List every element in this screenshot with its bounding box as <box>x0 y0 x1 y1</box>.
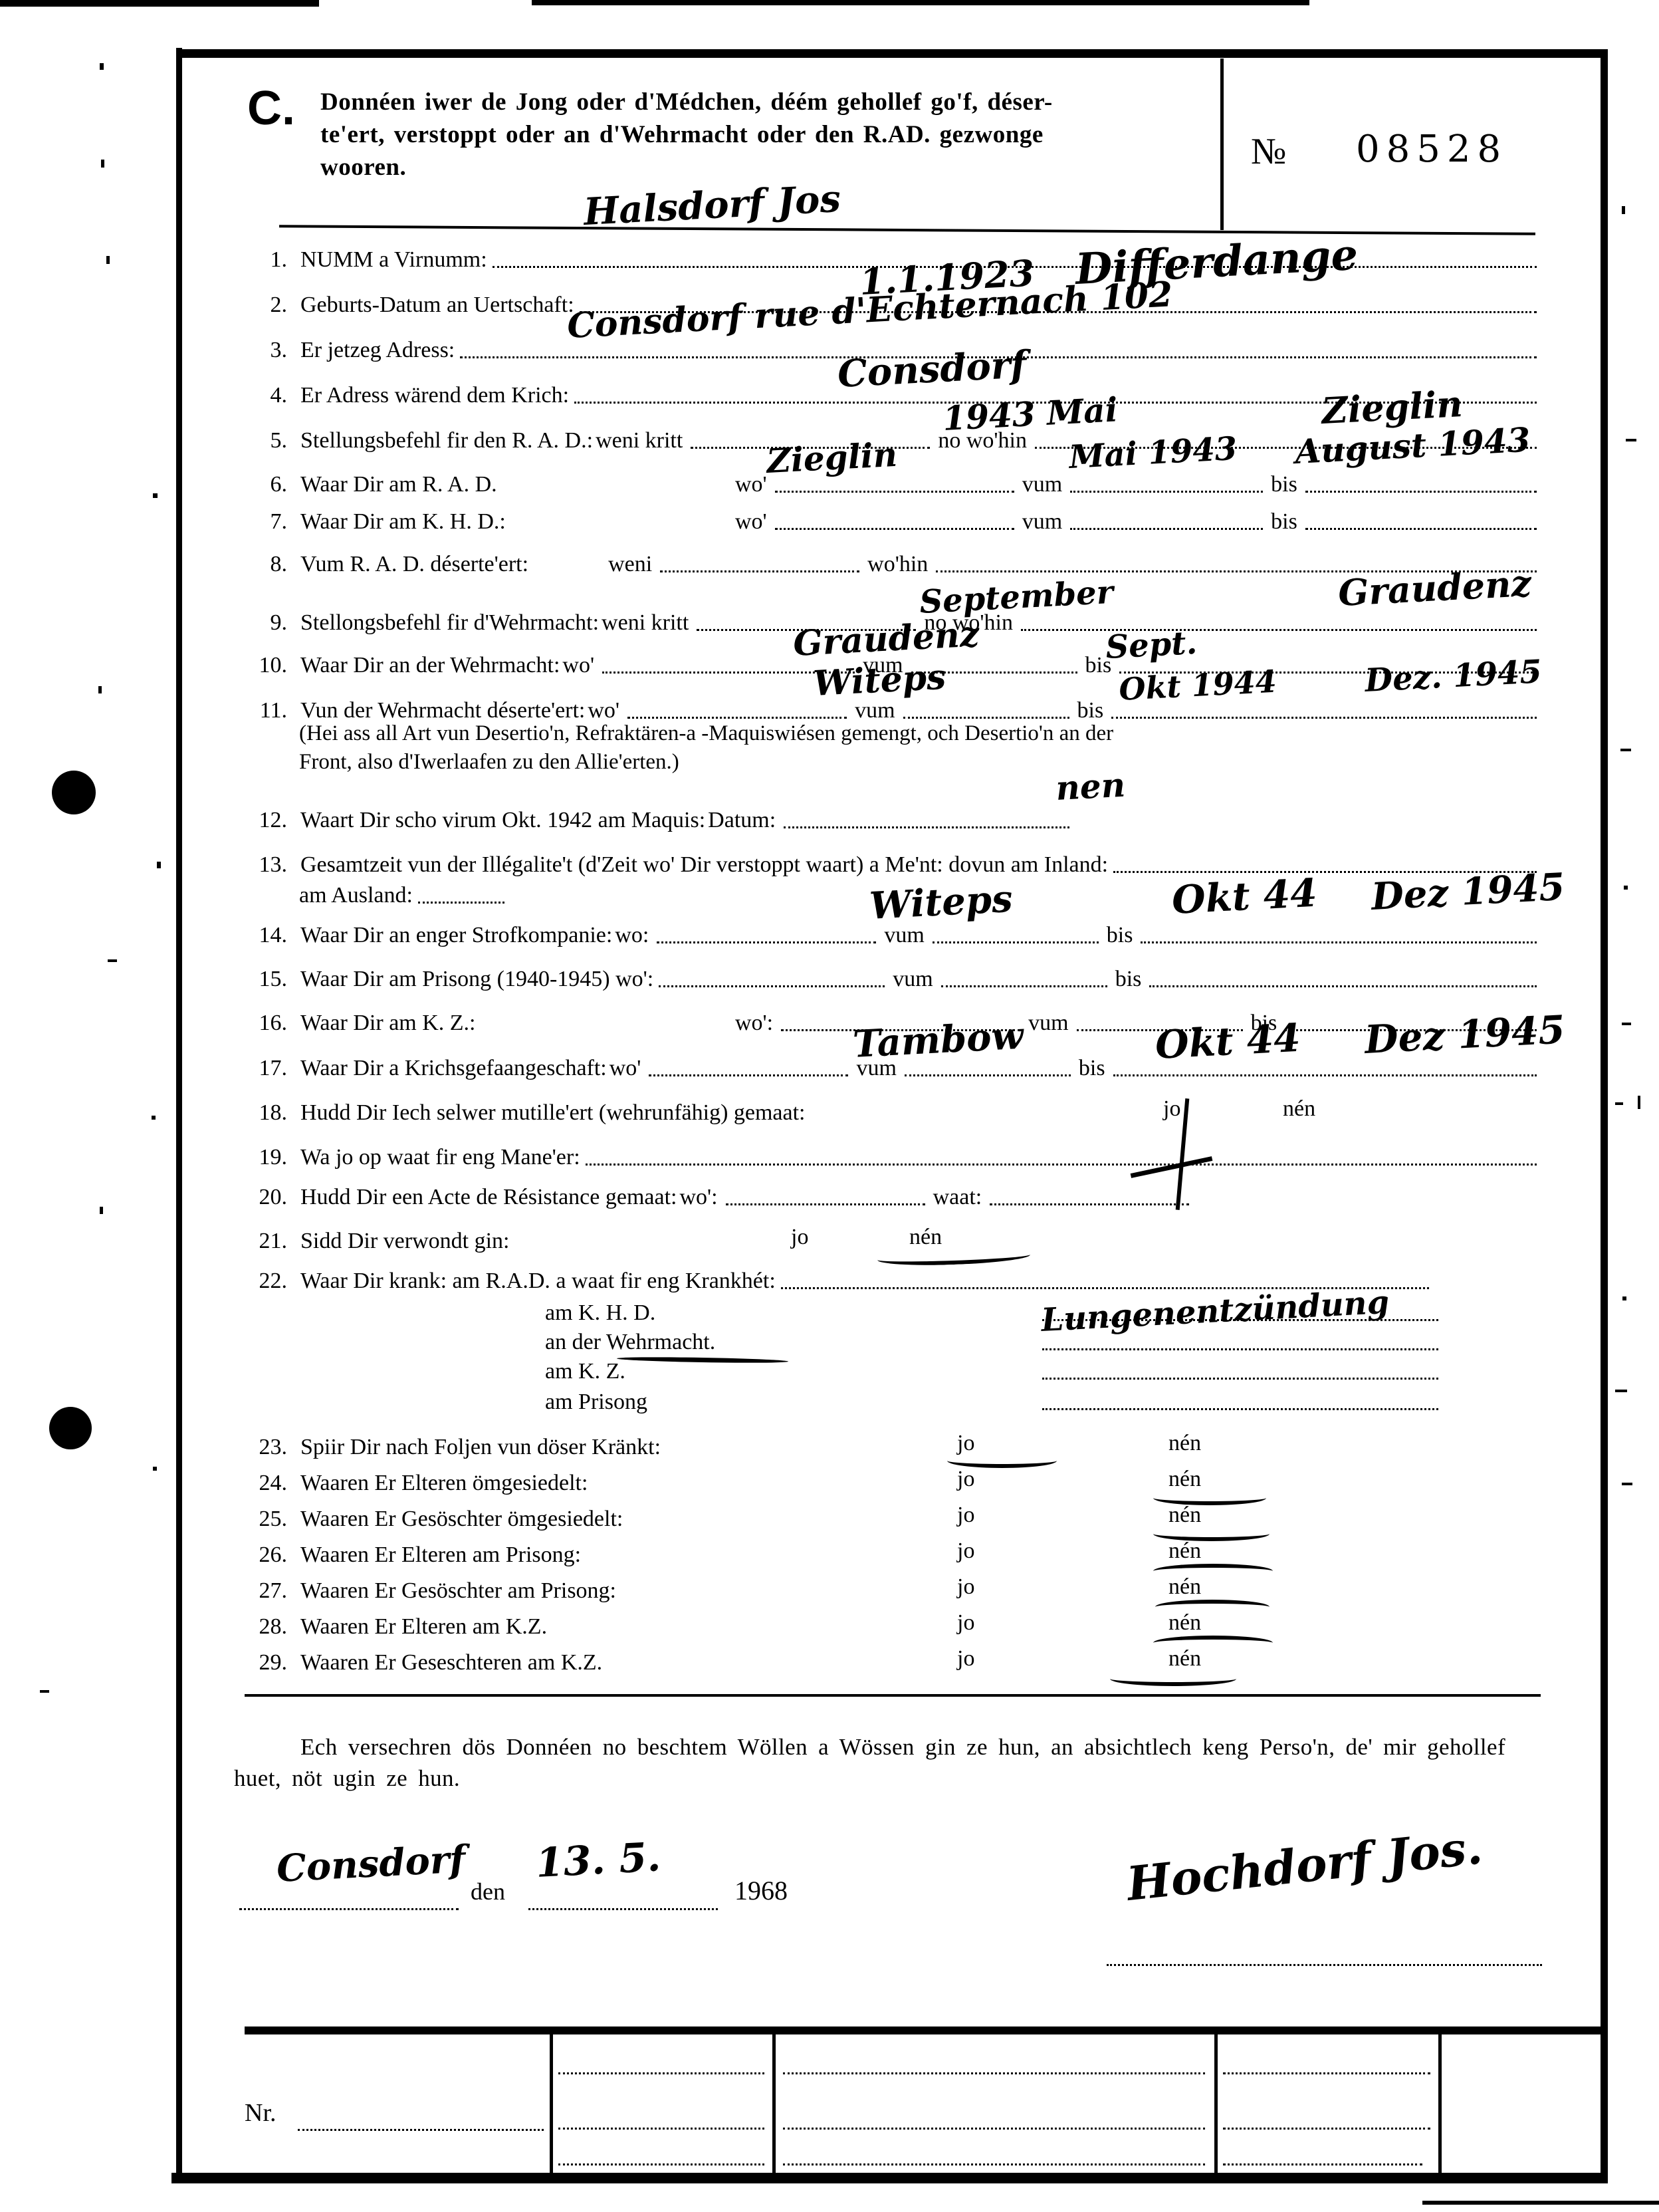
dotted-field <box>941 984 1107 987</box>
row-label-part-underlined: Wehrmacht. <box>606 1330 715 1354</box>
row-number: 29. <box>245 1650 287 1675</box>
row-label: Waar Dir am K. H. D.: <box>300 509 732 535</box>
row-label: Hudd Dir Iech selwer mutille'ert (wehrun… <box>300 1100 806 1126</box>
row-label: am K. H. D. <box>545 1300 1037 1326</box>
row-label: Waaren Er Geseschteren am K.Z. <box>300 1650 602 1675</box>
option-nen: nén <box>1168 1538 1201 1564</box>
form-row-26: 26. Waaren Er Elteren am Prisong: jo nén <box>245 1536 1542 1568</box>
row-number: 4. <box>245 383 287 408</box>
handwritten-place: Consdorf <box>276 1837 467 1891</box>
dotted-field <box>1070 489 1263 493</box>
scan-edge-strip <box>0 0 319 7</box>
pen-underline-jo-23 <box>947 1453 1057 1468</box>
scan-speck <box>1615 1102 1623 1105</box>
row-label: am Prisong <box>545 1390 1037 1415</box>
scanned-form-page: C. Donnéen iwer de Jong oder d'Médchen, … <box>0 0 1659 2212</box>
option-nen: nén <box>1168 1503 1201 1528</box>
table-dotted-cell <box>1223 2162 1422 2165</box>
row-number: 13. <box>245 852 287 878</box>
dotted-field <box>660 569 859 572</box>
field-word: weni <box>608 552 652 577</box>
dotted-field <box>1111 715 1537 719</box>
option-nen: nén <box>1168 1467 1201 1492</box>
scan-speck <box>1620 749 1631 751</box>
pen-overline-nen-29 <box>1153 1636 1273 1650</box>
row-number: 15. <box>245 967 287 992</box>
table-dotted-cell <box>558 2162 764 2165</box>
row-number: 26. <box>245 1542 287 1568</box>
field-word: wo': <box>679 1185 717 1210</box>
row-label: Hudd Dir een Acte de Résistance gemaat: <box>300 1185 677 1210</box>
row-number: 9. <box>245 610 287 636</box>
field-word: vum <box>893 967 933 992</box>
row-label: Waaren Er Gesöschter am Prisong: <box>300 1578 616 1604</box>
row-label: Stellungsbefehl fir den R. A. D.: <box>300 428 593 453</box>
handwritten-pow-where: Tambow <box>852 1014 1025 1066</box>
option-nen: nén <box>1283 1096 1315 1122</box>
bottom-table-bottom-line <box>171 2173 1607 2183</box>
form-row-12: 12. Waart Dir scho virum Okt. 1942 am Ma… <box>245 801 1542 833</box>
dotted-field <box>418 900 504 904</box>
row-label: Waar Dir krank: am R.A.D. a waat fir eng… <box>300 1269 776 1294</box>
row-number: 21. <box>245 1229 287 1254</box>
field-word: wo' <box>735 472 767 497</box>
table-dotted-cell <box>1223 2126 1430 2130</box>
place-dotted-field <box>239 1907 459 1910</box>
option-nen: nén <box>1168 1574 1201 1600</box>
row-label: am K. Z. <box>545 1359 1037 1384</box>
scan-speck <box>108 959 117 962</box>
scan-edge-strip <box>1422 2201 1659 2205</box>
scan-speck <box>106 256 110 264</box>
scan-speck <box>101 160 104 168</box>
scan-speck <box>1622 206 1625 214</box>
row-number: 16. <box>245 1011 287 1036</box>
dotted-field <box>1141 940 1537 943</box>
field-word: weni kritt <box>602 610 689 636</box>
dotted-field <box>905 1073 1071 1076</box>
table-dotted-cell <box>558 2126 764 2130</box>
row-label: Waar Dir an enger Strofkompanie: <box>300 923 612 948</box>
row-label: Waar Dir am Prisong (1940-1945) wo': <box>300 967 653 992</box>
row-label: Waart Dir scho virum Okt. 1942 am Maquis… <box>300 808 705 833</box>
section-letter: C. <box>247 81 295 136</box>
table-dotted-cell <box>558 2071 764 2074</box>
form-row-21: 21. Sidd Dir verwondt gin: jo nén <box>245 1222 1542 1254</box>
row-label: Vum R. A. D. déserte'ert: <box>300 552 528 577</box>
nr-dotted-field <box>298 2128 544 2131</box>
row-label: Geburts-Datum an Uertschaft: <box>300 293 574 318</box>
scan-speck <box>1615 1390 1627 1392</box>
form-title-line1: Donnéen iwer de Jong oder d'Médchen, déé… <box>320 88 1053 116</box>
handwritten-strofkompanie-from: Okt 44 <box>1170 870 1318 923</box>
field-word: bis <box>1079 1056 1105 1081</box>
dotted-field <box>775 489 1014 493</box>
field-word: bis <box>1271 509 1297 535</box>
dotted-field <box>1042 1347 1438 1350</box>
pen-swash-below-29 <box>1110 1671 1236 1686</box>
handwritten-day-month: 13. 5. <box>534 1834 661 1887</box>
row-number: 22. <box>245 1269 287 1294</box>
scan-speck <box>1622 1296 1626 1300</box>
row-label: Waar Dir am R. A. D. <box>300 472 732 497</box>
row-number: 25. <box>245 1507 287 1532</box>
hole-punch <box>52 771 96 814</box>
signature-dotted-field <box>1107 1963 1542 1966</box>
dotted-field <box>1042 1407 1438 1410</box>
dotted-field <box>627 715 847 719</box>
table-dotted-cell <box>783 2071 1205 2074</box>
option-jo: jo <box>957 1503 974 1528</box>
form-row-13-continued: am Ausland: <box>299 878 510 908</box>
row-number: 11. <box>245 698 287 723</box>
table-dotted-cell <box>783 2126 1205 2130</box>
option-nen: nén <box>1168 1610 1201 1636</box>
scan-speck <box>100 63 104 70</box>
dotted-field <box>657 940 876 943</box>
pen-underline-nen-25 <box>1153 1527 1270 1541</box>
row-number: 28. <box>245 1614 287 1640</box>
row-number: 19. <box>245 1145 287 1170</box>
date-year: 1968 <box>734 1875 788 1906</box>
row-label: NUMM a Virnumm: <box>300 247 487 273</box>
field-word: bis <box>1107 923 1133 948</box>
dotted-field <box>659 984 885 987</box>
field-word: bis <box>1115 967 1142 992</box>
dotted-field <box>1305 527 1537 530</box>
dotted-field <box>933 940 1099 943</box>
row-label: Waar Dir am K. Z.: <box>300 1011 732 1036</box>
option-jo: jo <box>957 1431 974 1456</box>
field-word: waat: <box>933 1185 982 1210</box>
form-row-23: 23. Spiir Dir nach Foljen vun döser Krän… <box>245 1428 1542 1460</box>
form-row-13: 13. Gesamtzeit vun der Illégalite't (d'Z… <box>245 846 1542 878</box>
bottom-table-top-line <box>245 2027 1607 2034</box>
scan-speck <box>1626 439 1636 441</box>
form-row-19: 19. Wa jo op waat fir eng Mane'er: <box>245 1138 1542 1170</box>
dotted-field <box>1305 489 1537 493</box>
row-number: 20. <box>245 1185 287 1210</box>
dotted-field <box>1042 1376 1438 1380</box>
scan-speck <box>153 493 158 498</box>
dotted-field <box>990 1202 1189 1205</box>
field-word: Datum: <box>708 808 776 833</box>
field-word: vum <box>1022 472 1062 497</box>
scan-speck <box>100 1207 103 1214</box>
row-number: 1. <box>245 247 287 273</box>
row-label: Vun der Wehrmacht déserte'ert: <box>300 698 585 723</box>
field-word: wo' <box>588 698 619 723</box>
field-word: weni kritt <box>596 428 683 453</box>
row-number: 18. <box>245 1100 287 1126</box>
numero-sign: № <box>1251 130 1286 173</box>
field-word: wo: <box>615 923 649 948</box>
row-number: 6. <box>245 472 287 497</box>
row-label: Waar Dir a Krichsgefaangeschaft: <box>300 1056 607 1081</box>
row-number: 14. <box>245 923 287 948</box>
date-word-den: den <box>471 1878 505 1905</box>
handwritten-maquis-datum: nen <box>1055 765 1126 808</box>
option-jo: jo <box>957 1538 974 1564</box>
row-label: am Ausland: <box>299 883 413 908</box>
handwritten-pow-from: Okt 44 <box>1154 1015 1301 1068</box>
bottom-table-vline <box>1438 2029 1442 2173</box>
dotted-field <box>726 1202 925 1205</box>
scan-speck <box>40 1690 49 1693</box>
form-row-24: 24. Waaren Er Elteren ömgesiedelt: jo né… <box>245 1464 1542 1496</box>
form-row-22-wehrmacht: an der Wehrmacht. <box>545 1324 1444 1355</box>
row-label: Waaren Er Elteren am Prisong: <box>300 1542 581 1568</box>
field-word: vum <box>855 698 895 723</box>
declaration-text: Ech versechren dös Donnéen no beschtem W… <box>234 1731 1540 1794</box>
dotted-field <box>784 825 1069 828</box>
scan-edge-strip <box>532 0 1309 5</box>
option-nen: nén <box>909 1225 942 1250</box>
nr-label: Nr. <box>245 2098 276 2128</box>
page-border-right <box>1601 49 1608 2183</box>
dotted-field <box>1113 1073 1537 1076</box>
scan-speck <box>157 862 161 868</box>
option-jo: jo <box>957 1467 974 1492</box>
dotted-field <box>1149 984 1537 987</box>
row-label: an der Wehrmacht. <box>545 1330 1037 1355</box>
table-dotted-cell <box>1223 2071 1430 2074</box>
handwritten-strofkompanie-to: Dez 1945 <box>1371 865 1566 919</box>
dotted-field <box>1070 527 1263 530</box>
field-word: wo' <box>609 1056 641 1081</box>
form-row-29: 29. Waaren Er Geseschteren am K.Z. jo né… <box>245 1644 1542 1675</box>
row-number: 24. <box>245 1471 287 1496</box>
field-word: vum <box>1022 509 1062 535</box>
row-label: Stellongsbefehl fir d'Wehrmacht: <box>300 610 599 636</box>
row-label: Er jetzeg Adress: <box>300 338 455 363</box>
option-jo: jo <box>1163 1096 1180 1122</box>
option-jo: jo <box>791 1225 808 1250</box>
row-label: Spiir Dir nach Foljen vun döser Kränkt: <box>300 1435 661 1460</box>
field-word: bis <box>1077 698 1104 723</box>
field-word: wo': <box>735 1011 773 1036</box>
dotted-field <box>775 527 1014 530</box>
row-label: Sidd Dir verwondt gin: <box>300 1229 509 1254</box>
row-label: Gesamtzeit vun der Illégalite't (d'Zeit … <box>300 852 1108 878</box>
date-dotted-field <box>528 1907 718 1910</box>
scan-speck <box>1624 886 1628 890</box>
row-11-footnote-line2: Front, also d'Iwerlaafen zu den Allie'er… <box>299 750 679 775</box>
pen-overline-nen-28 <box>1155 1600 1270 1614</box>
bottom-table-vline <box>550 2029 553 2173</box>
row-number: 8. <box>245 552 287 577</box>
handwritten-wehrmacht-from: Sept. <box>1105 624 1198 666</box>
form-row-18: 18. Hudd Dir Iech selwer mutille'ert (we… <box>245 1094 1542 1126</box>
row-label: Wa jo op waat fir eng Mane'er: <box>300 1145 580 1170</box>
option-jo: jo <box>957 1646 974 1671</box>
field-word: wo' <box>735 509 767 535</box>
pen-overline-nen-27 <box>1153 1564 1273 1578</box>
option-jo: jo <box>957 1610 974 1636</box>
row-number: 7. <box>245 509 287 535</box>
dotted-field <box>903 715 1069 719</box>
field-word: bis <box>1271 472 1297 497</box>
form-row-7: 7. Waar Dir am K. H. D.: wo' vum bis <box>245 503 1542 535</box>
dotted-field <box>586 1162 1537 1166</box>
form-title-line2: te'ert, verstoppt oder an d'Wehrmacht od… <box>320 120 1044 149</box>
form-row-28: 28. Waaren Er Elteren am K.Z. jo nén <box>245 1608 1542 1640</box>
field-word: vum <box>1028 1011 1068 1036</box>
row-number: 3. <box>245 338 287 363</box>
option-jo: jo <box>957 1574 974 1600</box>
row-label: Waar Dir an der Wehrmacht: <box>300 653 560 678</box>
row-number: 2. <box>245 293 287 318</box>
row-label: Er Adress wärend dem Krich: <box>300 383 569 408</box>
row-label-part: an der <box>545 1330 606 1354</box>
field-word: wo' <box>562 653 594 678</box>
scan-speck <box>1638 1096 1640 1109</box>
pen-underline-nen-24 <box>1153 1491 1266 1505</box>
row-number: 23. <box>245 1435 287 1460</box>
form-row-27: 27. Waaren Er Gesöschter am Prisong: jo … <box>245 1572 1542 1604</box>
field-word: wo'hin <box>867 552 928 577</box>
scan-speck <box>1622 1483 1632 1485</box>
table-dotted-cell <box>783 2162 1205 2165</box>
handwritten-name: Halsdorf Jos <box>583 177 842 234</box>
page-border-top <box>176 49 1606 58</box>
row-label: Waaren Er Gesöschter ömgesiedelt: <box>300 1507 623 1532</box>
handwritten-rad-where: Zieglin <box>766 435 898 481</box>
handwritten-desertion-where: Witeps <box>812 657 947 704</box>
handwritten-signature: Hochdorf Jos. <box>1124 1819 1485 1911</box>
form-row-15: 15. Waar Dir am Prisong (1940-1945) wo':… <box>245 960 1542 992</box>
form-serial-number: 08528 <box>1356 128 1507 171</box>
row-number: 17. <box>245 1056 287 1081</box>
option-nen: nén <box>1168 1646 1201 1671</box>
row-label: Waaren Er Elteren ömgesiedelt: <box>300 1471 588 1496</box>
scan-speck <box>98 686 102 693</box>
row-label: Waaren Er Elteren am K.Z. <box>300 1614 547 1640</box>
row-number: 5. <box>245 428 287 453</box>
bottom-table-vline <box>772 2029 776 2173</box>
form-title-line3: wooren. <box>320 153 406 182</box>
form-row-22-prisong: am Prisong <box>545 1384 1444 1415</box>
header-divider-vertical <box>1220 59 1224 230</box>
scan-speck <box>153 1467 157 1471</box>
handwritten-strofkompanie-where: Witeps <box>869 877 1014 928</box>
dotted-field <box>1021 628 1537 631</box>
hole-punch <box>49 1407 92 1449</box>
option-nen: nén <box>1168 1431 1201 1456</box>
form-row-20: 20. Hudd Dir een Acte de Résistance gema… <box>245 1178 1542 1210</box>
row-number: 27. <box>245 1578 287 1604</box>
scan-speck <box>1622 1023 1631 1025</box>
row-number: 10. <box>245 653 287 678</box>
row-number: 12. <box>245 808 287 833</box>
page-border-left <box>176 48 182 2183</box>
declaration-divider-rule <box>245 1694 1541 1697</box>
row-11-footnote-line1: (Hei ass all Art vun Desertio'n, Refrakt… <box>299 721 1113 746</box>
scan-speck <box>152 1116 156 1120</box>
bottom-table-vline <box>1214 2029 1218 2173</box>
form-row-25: 25. Waaren Er Gesöschter ömgesiedelt: jo… <box>245 1500 1542 1532</box>
dotted-field <box>649 1073 848 1076</box>
